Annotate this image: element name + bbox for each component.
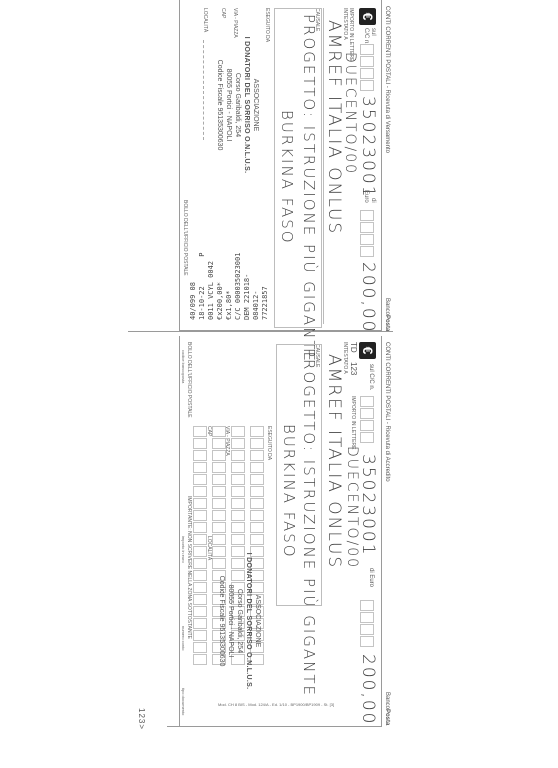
address-label-via: VIA - PIAZZA	[224, 426, 230, 456]
slip-2-header: CONTI CORRENTI POSTALI - Ricevuta di Acc…	[384, 342, 390, 482]
brand-prefix: Banco	[384, 298, 390, 315]
causale-box	[276, 344, 322, 606]
org-line-2: I DONATORI DEL SORRISO O.N.L.U.S.	[244, 546, 253, 696]
org-line-4: 80055 Portici - NAPOLI	[224, 30, 233, 180]
account-number: 35023001	[358, 454, 378, 557]
account-label-sul: sul	[370, 28, 376, 36]
td-value: 123	[349, 362, 358, 375]
amount-cells	[355, 600, 374, 648]
account-label-cc: C/C n.	[363, 28, 369, 45]
account-label: sul C/C n.	[368, 364, 374, 390]
slip-1-header: CONTI CORRENTI POSTALI - Ricevuta di Ver…	[384, 6, 390, 153]
recipient: AMREF ITALIA ONLUS	[324, 354, 344, 569]
org-line-1: ASSOCIAZIONE	[253, 546, 262, 696]
amount-value: 200,00	[358, 654, 378, 725]
doc-type-label: tipo documento	[181, 688, 186, 715]
notice-sub-2: numero conto	[181, 626, 186, 650]
postal-receipt-lines: 40/099 08 18-10-22 P 0011 VCYL 0042 €x20…	[189, 200, 270, 320]
postal-stamp-label: BOLLO DELL'UFFICIO POSTALE	[182, 200, 188, 276]
org-line-3: Corso Garibaldi, 254	[235, 546, 244, 696]
slip-2-brand: BancoPosta	[384, 692, 390, 725]
scanned-page: CONTI CORRENTI POSTALI - Ricevuta di Ver…	[0, 0, 558, 768]
postal-receipt-stamp: 40/099 08 18-10-22 P 0011 VCYL 0042 €x20…	[190, 200, 270, 320]
slip-2-top-border	[381, 336, 382, 726]
amount-label: di Euro	[368, 568, 374, 587]
address-label-localita: LOCALITÀ	[206, 536, 212, 560]
org-line-4: 80055 Portici - NAPOLI	[226, 546, 235, 696]
amount-label-di: di	[370, 198, 376, 203]
notice-sub-1: importo in euro	[181, 536, 186, 563]
form-code: Mod. CH 8 BIS - Mod. 124/A - Ed. 1/10 - …	[218, 702, 334, 707]
org-name: I DONATORI DEL SORRISO O.N.L.U.S.	[243, 37, 250, 174]
slip-1-top-border	[381, 0, 382, 331]
amount-value: 200,00	[358, 262, 378, 333]
payer-label: ESEGUITO DA	[266, 426, 272, 460]
account-number: 35023001	[358, 96, 378, 199]
amount-cells	[355, 210, 374, 258]
payer-label: ESEGUITO DA	[264, 8, 270, 42]
address-label-cap: CAP	[206, 426, 212, 436]
slip-2-bottom-border	[179, 336, 180, 726]
slip-1: CONTI CORRENTI POSTALI - Ricevuta di Ver…	[173, 0, 388, 331]
localita-line	[202, 40, 204, 140]
slip-2: CONTI CORRENTI POSTALI - Ricevuta di Acc…	[173, 336, 388, 762]
euro-logo-icon: €	[359, 342, 376, 359]
recipient-underline	[323, 8, 324, 324]
org-line-3: Corso Garibaldi, 254	[233, 30, 242, 180]
org-line-1: ASSOCIAZIONE	[251, 30, 260, 180]
slip-2-right-border	[167, 726, 382, 727]
brand-name: Posta	[384, 709, 390, 725]
slip-1-bottom-border	[179, 0, 180, 331]
causale-box	[274, 8, 322, 328]
amount-words-label: IMPORTO IN LETTERE	[350, 396, 356, 449]
org-line-5: Codice Fiscale 95135300630	[215, 30, 224, 180]
slip-1-brand: BancoPosta	[384, 298, 390, 331]
org-line-2: I DONATORI DEL SORRISO O.N.L.U.S.	[242, 30, 251, 180]
postal-stamp-label: BOLLO DELL'UFFICIO POSTALE	[186, 342, 192, 418]
recipient: AMREF ITALIA ONLUS	[324, 20, 344, 235]
important-notice: IMPORTANTE: NON SCRIVERE NELLA ZONA SOTT…	[186, 496, 192, 639]
payer-org-stamp: ASSOCIAZIONE I DONATORI DEL SORRISO O.N.…	[217, 546, 262, 696]
postal-stamp-sublabel: codice bancoposta	[181, 350, 186, 383]
amount-words: DUECENTO/00	[342, 52, 358, 175]
address-label-localita: LOCALITÀ	[202, 8, 208, 32]
brand-prefix: Banco	[384, 692, 390, 709]
amount-label-euro: Euro	[363, 190, 369, 203]
page-marker: 123>	[137, 708, 146, 730]
amount-words: DUECENTO/00	[344, 446, 360, 569]
org-line-5: Codice Fiscale 95135300630	[217, 546, 226, 696]
address-label-cap: CAP	[220, 8, 226, 18]
euro-logo-icon: €	[359, 8, 376, 25]
td-label: TD	[349, 342, 358, 353]
payer-org-stamp: ASSOCIAZIONE I DONATORI DEL SORRISO O.N.…	[215, 30, 260, 180]
slip-separator	[128, 331, 393, 332]
org-name: I DONATORI DEL SORRISO O.N.L.U.S.	[245, 553, 252, 690]
account-number-cells	[355, 396, 374, 444]
brand-name: Posta	[384, 315, 390, 331]
